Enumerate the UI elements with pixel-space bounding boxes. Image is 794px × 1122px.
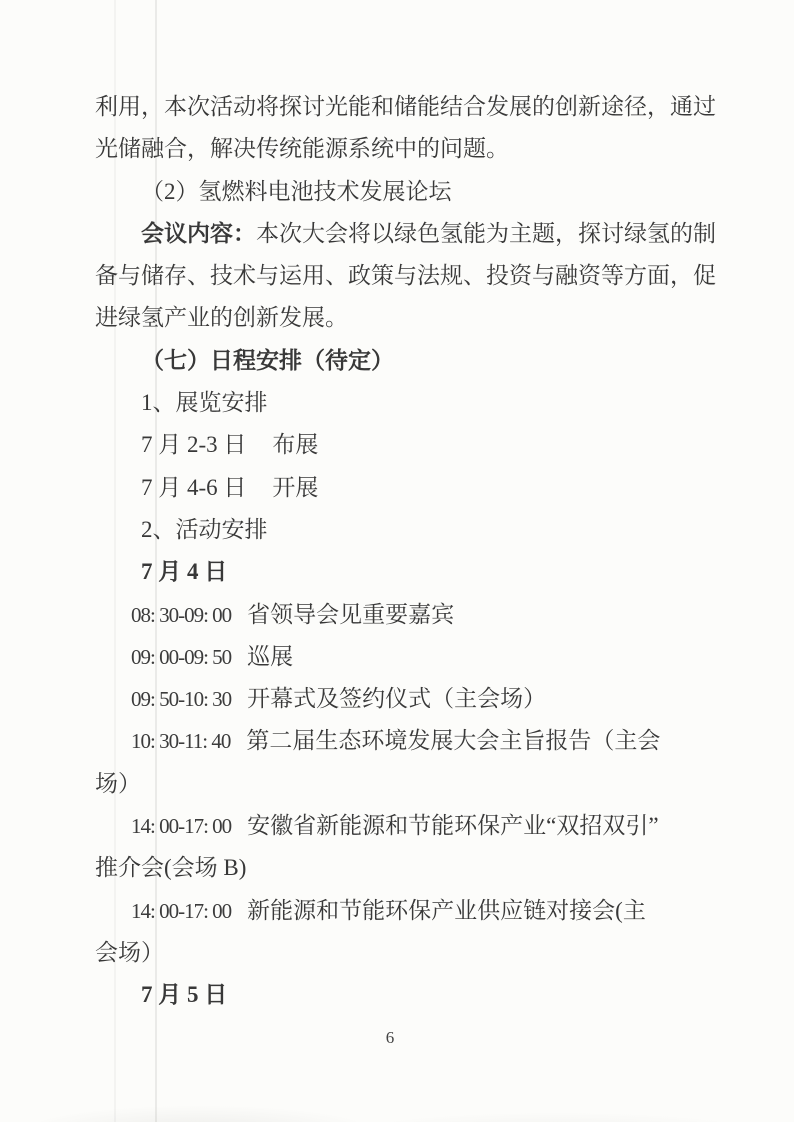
text-segment: 7 月 5 日 (141, 982, 227, 1007)
document-line: 会场） (95, 932, 695, 974)
document-line: 7 月 4-6 日开展 (95, 467, 695, 509)
text-segment: 光储融合，解决传统能源系统中的问题。 (95, 136, 509, 161)
document-line: 7 月 4 日 (95, 551, 695, 593)
text-segment: 场） (95, 771, 141, 796)
text-segment: 2、活动安排 (141, 517, 268, 542)
document-line: 08: 30-09: 00省领导会见重要嘉宾 (95, 594, 695, 636)
text-segment: 巡展 (247, 644, 293, 669)
text-segment: （2）氢燃料电池技术发展论坛 (141, 179, 452, 204)
text-segment: 开展 (272, 475, 318, 500)
text-segment: 新能源和节能环保产业供应链对接会(主 (247, 898, 646, 923)
document-line: 1、展览安排 (95, 382, 695, 424)
text-segment: 省领导会见重要嘉宾 (247, 602, 454, 627)
text-segment: 会场） (95, 940, 164, 965)
document-line: 14: 00-17: 00安徽省新能源和节能环保产业“双招双引” (95, 805, 695, 847)
text-segment: 7 月 2-3 日 (141, 432, 246, 457)
document-line: 场） (95, 763, 695, 805)
document-line: 09: 50-10: 30开幕式及签约仪式（主会场） (95, 678, 695, 720)
document-line: 10: 30-11: 40第二届生态环境发展大会主旨报告（主会 (95, 720, 695, 762)
page-number: 6 (0, 1028, 780, 1048)
text-segment: 本次大会将以绿色氢能为主题，探讨绿氢的制 (256, 221, 716, 246)
document-line: 会议内容：本次大会将以绿色氢能为主题，探讨绿氢的制 (95, 213, 695, 255)
time-label: 14: 00-17: 00 (131, 805, 231, 847)
document-line: （七）日程安排（待定） (95, 340, 695, 382)
document-line: 2、活动安排 (95, 509, 695, 551)
document-line: 7 月 5 日 (95, 974, 695, 1016)
text-segment: 利用，本次活动将探讨光能和储能结合发展的创新途径，通过 (95, 94, 716, 119)
time-label: 08: 30-09: 00 (131, 594, 231, 636)
text-segment: （七）日程安排（待定） (141, 348, 394, 373)
time-label: 10: 30-11: 40 (131, 720, 230, 762)
text-segment: 7 月 4-6 日 (141, 475, 246, 500)
text-segment: 安徽省新能源和节能环保产业“双招双引” (247, 813, 658, 838)
text-segment: 布展 (272, 432, 318, 457)
document-line: 7 月 2-3 日布展 (95, 424, 695, 466)
text-segment: 推介会(会场 B) (95, 855, 246, 880)
text-segment: 会议内容： (141, 221, 256, 246)
text-segment: 进绿氢产业的创新发展。 (95, 305, 348, 330)
document-line: 进绿氢产业的创新发展。 (95, 297, 695, 339)
document-line: 利用，本次活动将探讨光能和储能结合发展的创新途径，通过 (95, 86, 695, 128)
document-line: 光储融合，解决传统能源系统中的问题。 (95, 128, 695, 170)
time-label: 09: 50-10: 30 (131, 678, 231, 720)
document-line: 14: 00-17: 00新能源和节能环保产业供应链对接会(主 (95, 890, 695, 932)
text-segment: 开幕式及签约仪式（主会场） (247, 686, 546, 711)
document-body: 利用，本次活动将探讨光能和储能结合发展的创新途径，通过光储融合，解决传统能源系统… (95, 86, 695, 1017)
text-segment: 7 月 4 日 (141, 559, 227, 584)
time-label: 14: 00-17: 00 (131, 890, 231, 932)
document-line: 备与储存、技术与运用、政策与法规、投资与融资等方面，促 (95, 255, 695, 297)
document-line: 推介会(会场 B) (95, 847, 695, 889)
document-line: （2）氢燃料电池技术发展论坛 (95, 171, 695, 213)
text-segment: 第二届生态环境发展大会主旨报告（主会 (246, 728, 660, 753)
time-label: 09: 00-09: 50 (131, 636, 231, 678)
document-line: 09: 00-09: 50巡展 (95, 636, 695, 678)
text-segment: 1、展览安排 (141, 390, 268, 415)
text-segment: 备与储存、技术与运用、政策与法规、投资与融资等方面，促 (95, 263, 716, 288)
